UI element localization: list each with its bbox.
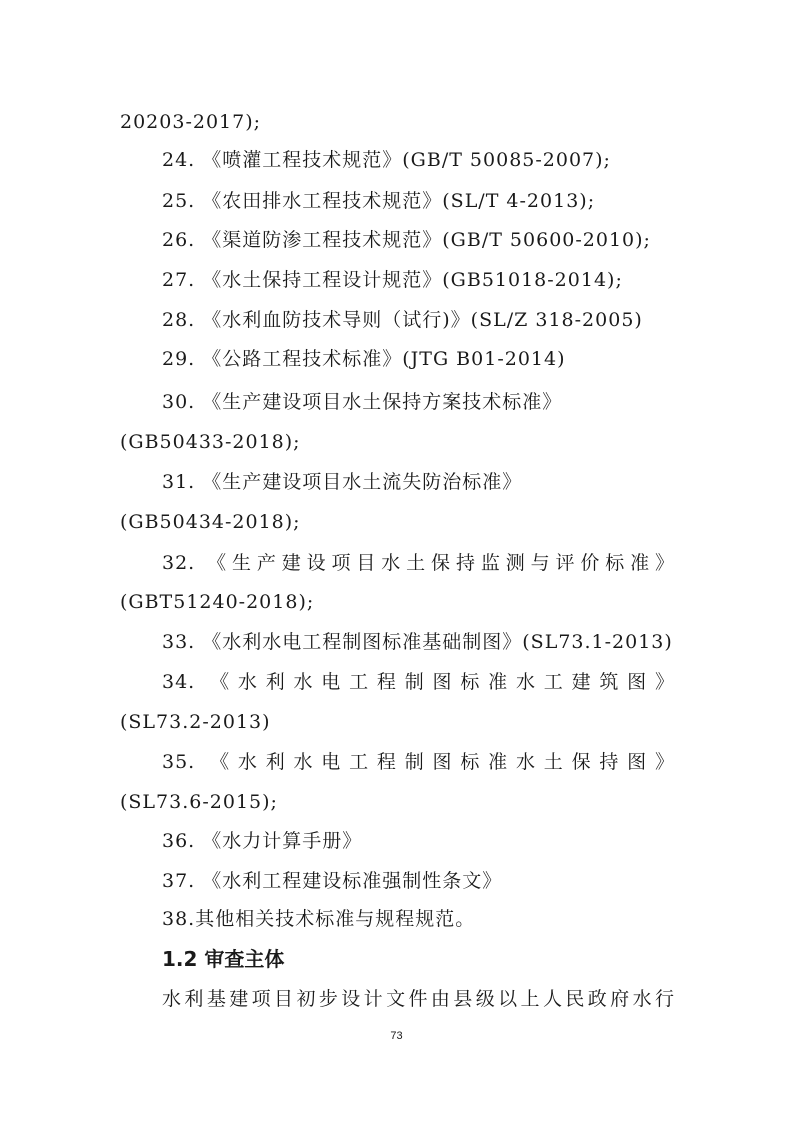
item-text: 《生产建设项目水土流失防治标准》 (202, 471, 522, 493)
item-number: 30. (162, 391, 195, 413)
list-item-26: 26. 《渠道防渗工程技术规范》(GB/T 50600-2010); (162, 228, 651, 252)
list-item-35: 35. 《水利水电工程制图标准水土保持图》 (162, 750, 675, 774)
item-text: 《水利工程建设标准强制性条文》 (202, 870, 502, 892)
item-number: 28. (162, 309, 195, 331)
list-item-30-cont: (GB50433-2018); (120, 430, 301, 454)
item-number: 37. (162, 870, 195, 892)
list-item-31: 31. 《生产建设项目水土流失防治标准》 (162, 470, 522, 494)
item-number: 26. (162, 229, 195, 251)
item-number: 34. (162, 671, 195, 693)
item-number: 31. (162, 471, 195, 493)
item-text: 《水利水电工程制图标准基础制图》(SL73.1-2013) (202, 631, 673, 653)
item-number: 38. (162, 908, 195, 930)
list-item-34-cont: (SL73.2-2013) (120, 710, 271, 734)
list-item-34: 34. 《水利水电工程制图标准水工建筑图》 (162, 670, 675, 694)
list-item-38: 38.其他相关技术标准与规程规范。 (162, 907, 475, 931)
continuation-text: 20203-2017); (120, 110, 261, 134)
item-text: 《农田排水工程技术规范》(SL/T 4-2013); (202, 190, 595, 212)
section-heading: 1.2 审查主体 (162, 947, 284, 971)
item-text: 《公路工程技术标准》(JTG B01-2014) (202, 348, 565, 370)
list-item-35-cont: (SL73.6-2015); (120, 790, 278, 814)
list-item-36: 36. 《水力计算手册》 (162, 829, 362, 853)
item-text: 《生产建设项目水土保持方案技术标准》 (202, 391, 562, 413)
item-number: 36. (162, 830, 195, 852)
body-paragraph: 水利基建项目初步设计文件由县级以上人民政府水行 (162, 987, 675, 1011)
item-number: 25. (162, 190, 195, 212)
item-text: 《水利水电工程制图标准水土保持图》 (210, 751, 675, 773)
item-text: 《渠道防渗工程技术规范》(GB/T 50600-2010); (202, 229, 651, 251)
item-number: 27. (162, 269, 195, 291)
list-item-31-cont: (GB50434-2018); (120, 510, 301, 534)
list-item-25: 25. 《农田排水工程技术规范》(SL/T 4-2013); (162, 189, 595, 213)
list-item-37: 37. 《水利工程建设标准强制性条文》 (162, 869, 502, 893)
item-text: 《水利水电工程制图标准水工建筑图》 (210, 671, 675, 693)
item-number: 32. (162, 552, 195, 574)
list-item-30: 30. 《生产建设项目水土保持方案技术标准》 (162, 390, 562, 414)
item-text: 《喷灌工程技术规范》(GB/T 50085-2007); (202, 149, 611, 171)
item-number: 35. (162, 751, 195, 773)
item-text: 《生产建设项目水土保持监测与评价标准》 (207, 552, 675, 574)
list-item-24: 24. 《喷灌工程技术规范》(GB/T 50085-2007); (162, 148, 611, 172)
item-number: 24. (162, 149, 195, 171)
item-number: 33. (162, 631, 195, 653)
list-item-29: 29. 《公路工程技术标准》(JTG B01-2014) (162, 347, 566, 371)
item-text: 《水力计算手册》 (202, 830, 362, 852)
page-number: 73 (0, 1030, 793, 1042)
list-item-27: 27. 《水土保持工程设计规范》(GB51018-2014); (162, 268, 623, 292)
item-text: 《水利血防技术导则（试行)》(SL/Z 318-2005) (202, 309, 643, 331)
list-item-32: 32. 《生产建设项目水土保持监测与评价标准》 (162, 551, 675, 575)
item-number: 29. (162, 348, 195, 370)
list-item-28: 28. 《水利血防技术导则（试行)》(SL/Z 318-2005) (162, 308, 643, 332)
item-text: 《水土保持工程设计规范》(GB51018-2014); (202, 269, 623, 291)
list-item-33: 33. 《水利水电工程制图标准基础制图》(SL73.1-2013) (162, 630, 673, 654)
item-text: 其他相关技术标准与规程规范。 (195, 908, 475, 930)
list-item-32-cont: (GBT51240-2018); (120, 590, 314, 614)
